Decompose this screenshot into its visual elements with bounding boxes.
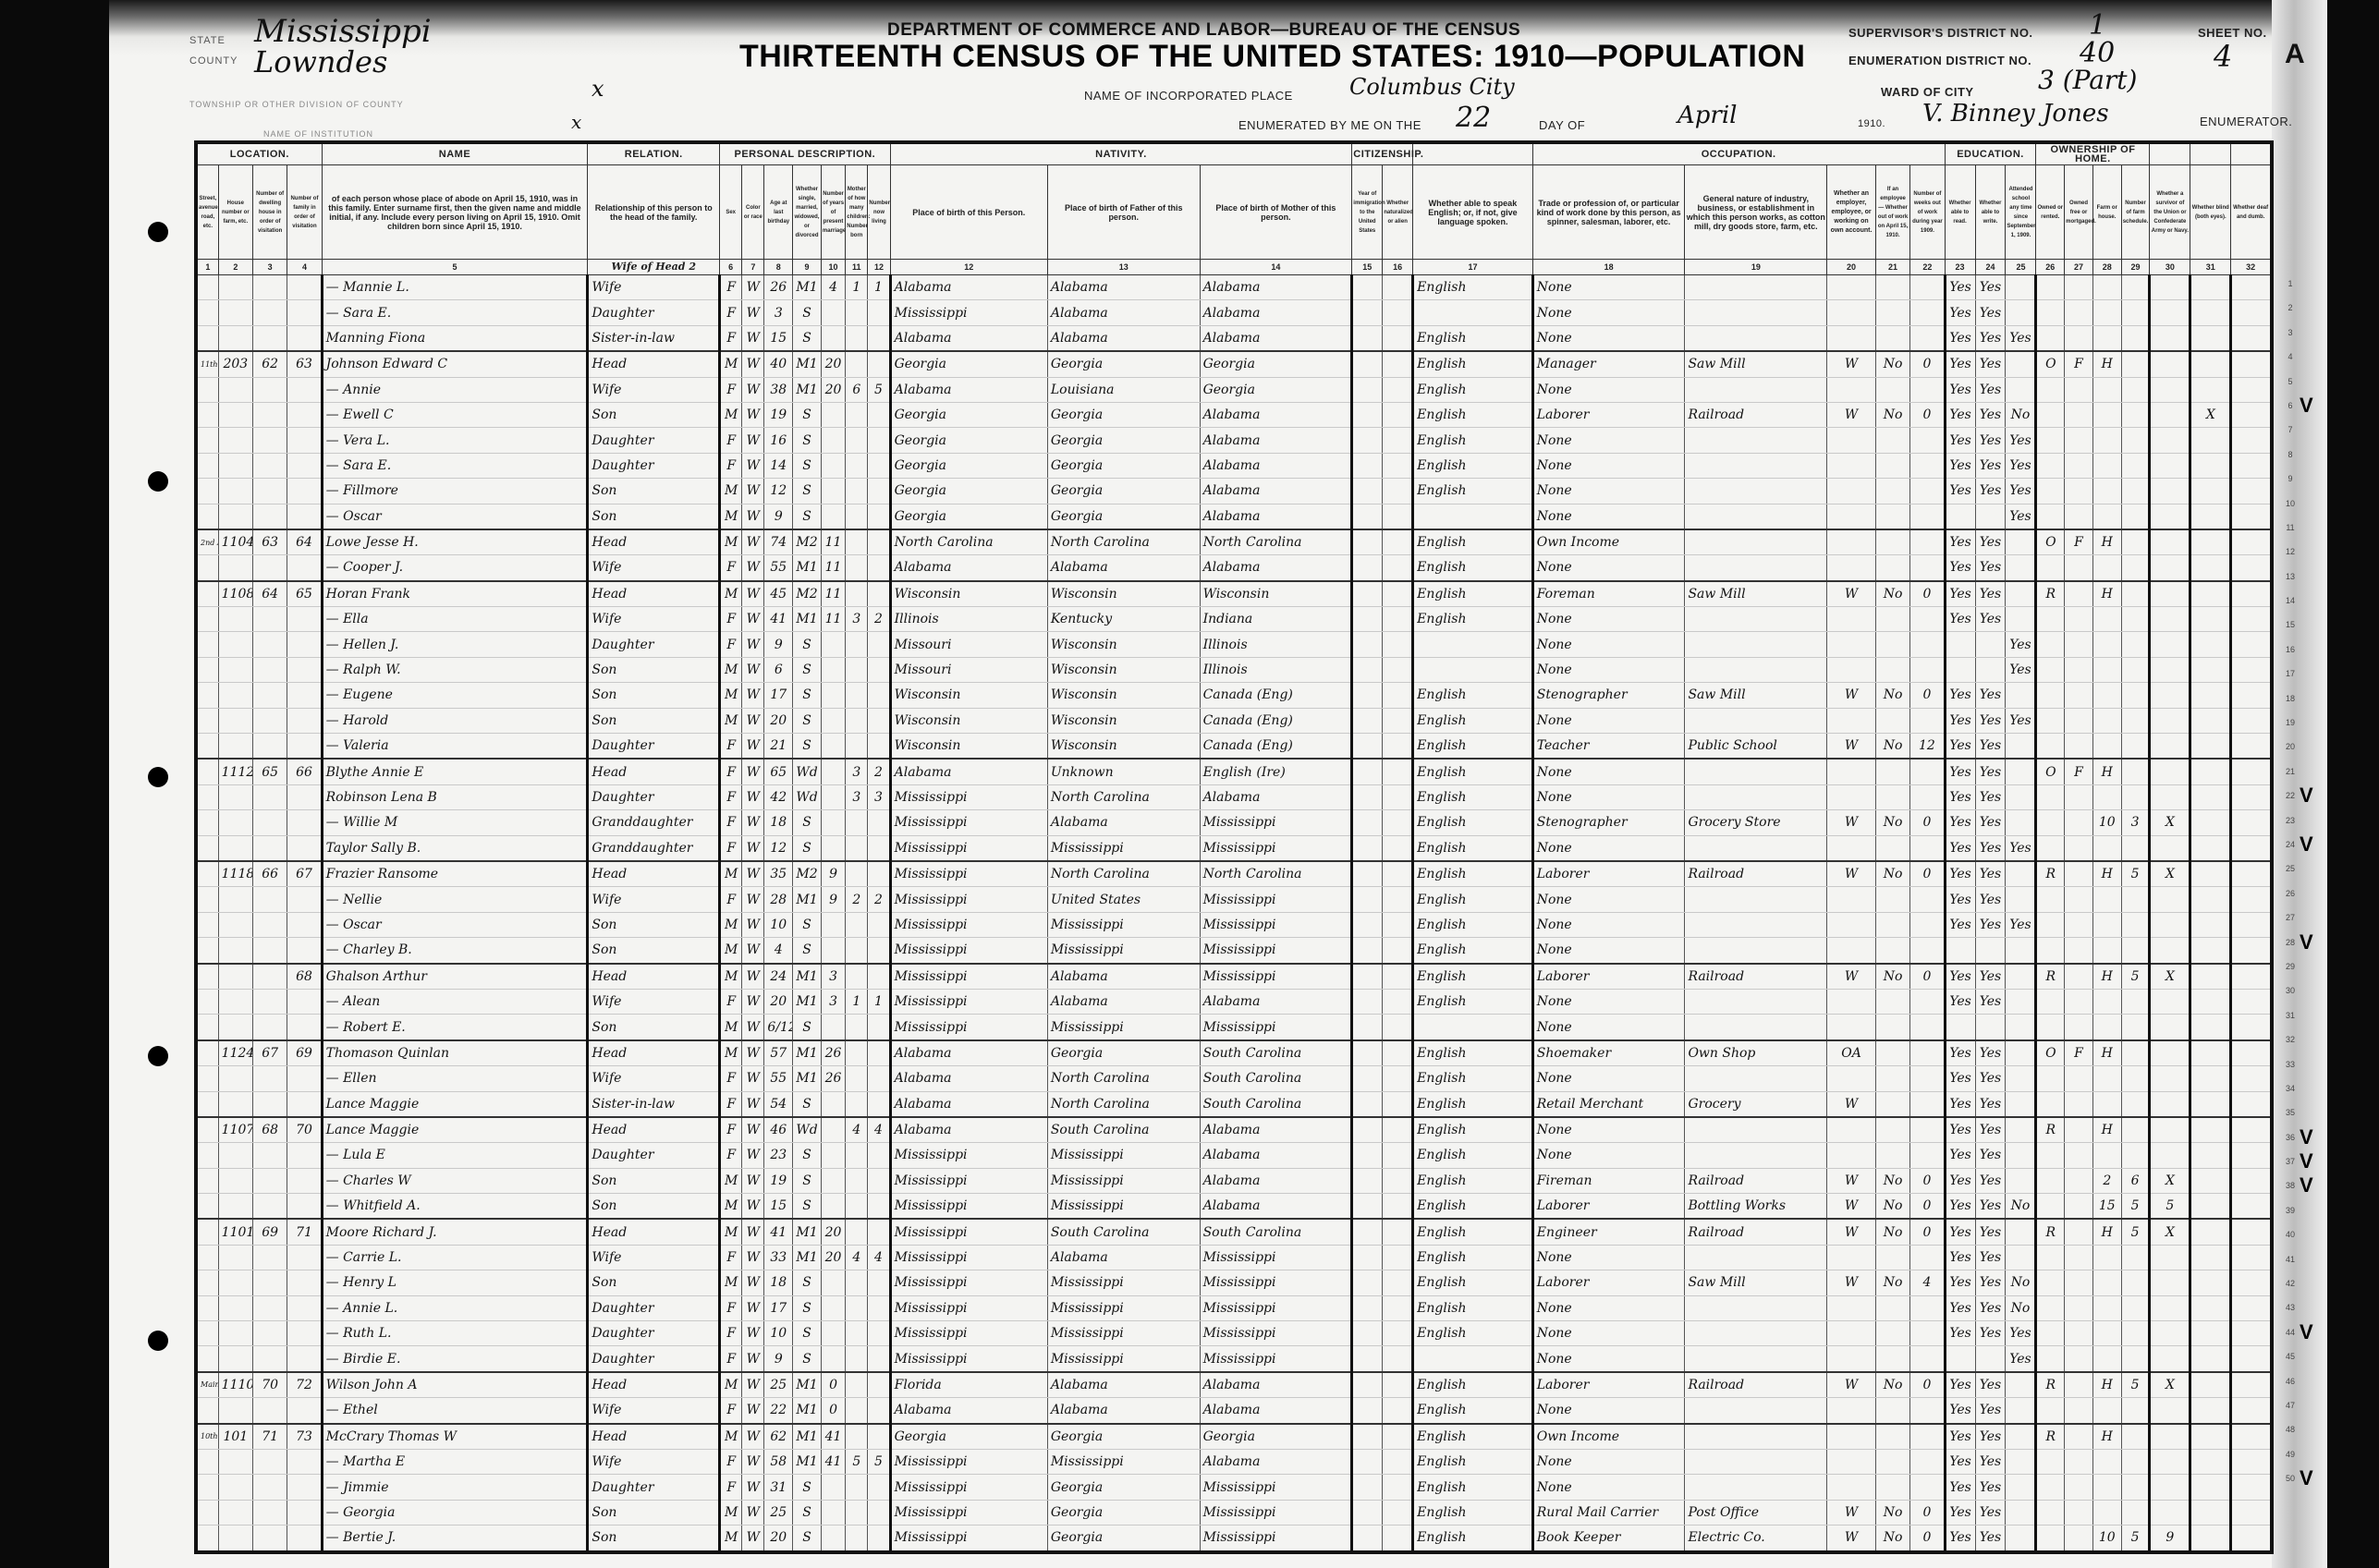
cell-years: [821, 1270, 845, 1295]
cell-write: Yes: [1975, 275, 2006, 300]
cell-pob: Mississippi: [890, 1295, 1047, 1320]
cell-occupation: None: [1532, 300, 1685, 325]
cell-pob-father: Alabama: [1047, 325, 1200, 351]
cell-imm: [1352, 1295, 1383, 1320]
cell-race: W: [742, 810, 764, 835]
cell-blind: [2190, 1372, 2231, 1398]
cell-nat: [1383, 351, 1413, 377]
check-mark: [2300, 711, 2318, 735]
cell-write: Yes: [1975, 759, 2006, 784]
cell-years: 11: [821, 581, 845, 607]
cell-born: 1: [846, 275, 868, 300]
cell-fh: [2092, 1091, 2121, 1117]
cell-born: 2: [846, 887, 868, 912]
cell-english: English: [1413, 887, 1533, 912]
table-row: Manning FionaSister-in-lawFW15SAlabamaAl…: [196, 325, 2272, 351]
cell-emp: W: [1827, 734, 1876, 760]
cell-mort: [2065, 1245, 2093, 1270]
cell-imm: [1352, 835, 1383, 861]
cell-imm: [1352, 1194, 1383, 1220]
cell-mort: [2065, 453, 2093, 478]
cell-weeks: [1910, 1398, 1945, 1424]
cell-marital: M1: [793, 964, 822, 990]
cell-industry: Public School: [1685, 734, 1827, 760]
cell-vet: [2150, 1117, 2190, 1143]
cell-write: Yes: [1975, 1194, 2006, 1220]
line-number: 11: [2281, 516, 2300, 540]
cell-age: 10: [764, 912, 793, 937]
cell-read: Yes: [1945, 351, 1975, 377]
cell-pob-father: Georgia: [1047, 402, 1200, 427]
cell-born: [846, 810, 868, 835]
cell-out: No: [1875, 734, 1909, 760]
cell-pob-father: Alabama: [1047, 275, 1200, 300]
group-personal-description: PERSONAL DESCRIPTION.: [720, 142, 891, 165]
cell-english: English: [1413, 607, 1533, 632]
cell-fh: [2092, 300, 2121, 325]
cell-read: Yes: [1945, 1270, 1975, 1295]
cell-street: [196, 1117, 218, 1143]
cell-out: No: [1875, 683, 1909, 708]
cell-emp: W: [1827, 861, 1876, 887]
cell-nat: [1383, 632, 1413, 657]
cell-deaf: [2231, 887, 2272, 912]
cell-emp: [1827, 759, 1876, 784]
cell-write: Yes: [1975, 1449, 2006, 1474]
cell-race: W: [742, 632, 764, 657]
cell-mort: [2065, 1168, 2093, 1193]
cell-years: [821, 1525, 845, 1552]
cell-school: [2006, 581, 2036, 607]
cell-pob: Missouri: [890, 657, 1047, 682]
group-relation: RELATION.: [588, 142, 720, 165]
enumerated-label: ENUMERATED BY ME ON THE: [1238, 118, 1421, 132]
cell-write: [1975, 1015, 2006, 1040]
cell-weeks: [1910, 1449, 1945, 1474]
cell-dwelling: [252, 1066, 287, 1091]
cell-occupation: Retail Merchant: [1532, 1091, 1685, 1117]
cell-pob-father: Alabama: [1047, 555, 1200, 581]
cell-marital: S: [793, 1500, 822, 1525]
cell-read: Yes: [1945, 607, 1975, 632]
cell-out: [1875, 1346, 1909, 1372]
cell-pob-father: South Carolina: [1047, 1219, 1200, 1245]
cell-weeks: 0: [1910, 1194, 1945, 1220]
cell-pob-father: Georgia: [1047, 504, 1200, 529]
cell-years: [821, 1143, 845, 1168]
col-number: 3: [252, 260, 287, 275]
cell-living: [868, 428, 890, 453]
cell-age: 20: [764, 1525, 793, 1552]
cell-sex: M: [720, 683, 742, 708]
cell-family: [287, 428, 322, 453]
cell-born: [846, 300, 868, 325]
cell-name: — Valeria: [322, 734, 588, 760]
cell-pob: Mississippi: [890, 1245, 1047, 1270]
cell-pob-mother: Mississippi: [1200, 1475, 1352, 1500]
cell-fh: [2092, 1245, 2121, 1270]
cell-write: Yes: [1975, 1219, 2006, 1245]
cell-house: [218, 810, 252, 835]
cell-house: [218, 1500, 252, 1525]
cell-read: Yes: [1945, 861, 1975, 887]
col-pob-father: Place of birth of Father of this person.: [1047, 165, 1200, 260]
cell-relation: Sister-in-law: [588, 325, 720, 351]
table-row: — AleanWifeFW20M1311MississippiAlabamaAl…: [196, 989, 2272, 1014]
cell-pob-mother: Canada (Eng): [1200, 734, 1352, 760]
cell-weeks: [1910, 1040, 1945, 1066]
cell-imm: [1352, 1168, 1383, 1193]
cell-name: — Sara E.: [322, 300, 588, 325]
check-mark: [2300, 296, 2318, 320]
county-label: COUNTY: [189, 55, 238, 67]
cell-out: [1875, 1091, 1909, 1117]
cell-fh: [2092, 1143, 2121, 1168]
cell-years: [821, 1117, 845, 1143]
cell-pob-father: North Carolina: [1047, 529, 1200, 555]
cell-industry: [1685, 1143, 1827, 1168]
table-row: — EllaWifeFW41M11132IllinoisKentuckyIndi…: [196, 607, 2272, 632]
cell-dwelling: 66: [252, 861, 287, 887]
cell-dwelling: [252, 300, 287, 325]
cell-fh: H: [2092, 1219, 2121, 1245]
cell-english: English: [1413, 1117, 1533, 1143]
check-mark: [2300, 638, 2318, 662]
cell-mort: [2065, 938, 2093, 964]
line-number: 22: [2281, 784, 2300, 808]
group-location: LOCATION.: [196, 142, 322, 165]
cell-deaf: [2231, 607, 2272, 632]
cell-pob-mother: Mississippi: [1200, 1015, 1352, 1040]
cell-nat: [1383, 581, 1413, 607]
cell-dwelling: [252, 784, 287, 809]
check-mark: V: [2300, 930, 2318, 954]
table-row: — Charles WSonMW19SMississippiMississipp…: [196, 1168, 2272, 1193]
cell-age: 4: [764, 938, 793, 964]
cell-pob-mother: Indiana: [1200, 607, 1352, 632]
cell-own: [2036, 632, 2065, 657]
cell-pob-mother: Mississippi: [1200, 1500, 1352, 1525]
cell-blind: [2190, 1475, 2231, 1500]
cell-age: 9: [764, 632, 793, 657]
cell-own: [2036, 555, 2065, 581]
cell-mort: [2065, 1091, 2093, 1117]
cell-street: [196, 989, 218, 1014]
cell-family: [287, 1321, 322, 1346]
col-number: 23: [1945, 260, 1975, 275]
cell-deaf: [2231, 1168, 2272, 1193]
cell-weeks: [1910, 300, 1945, 325]
cell-living: [868, 504, 890, 529]
check-mark: [2300, 857, 2318, 881]
cell-nat: [1383, 861, 1413, 887]
cell-sex: F: [720, 1117, 742, 1143]
col-family: Number of family in order of visitation: [287, 165, 322, 260]
cell-farm: [2121, 784, 2150, 809]
line-number: 16: [2281, 638, 2300, 662]
col-number: 20: [1827, 260, 1876, 275]
cell-blind: [2190, 861, 2231, 887]
cell-name: — Charles W: [322, 1168, 588, 1193]
cell-deaf: [2231, 1475, 2272, 1500]
cell-own: [2036, 989, 2065, 1014]
cell-read: Yes: [1945, 479, 1975, 504]
cell-emp: [1827, 1295, 1876, 1320]
line-number: 50: [2281, 1466, 2300, 1490]
cell-living: [868, 861, 890, 887]
cell-living: [868, 1475, 890, 1500]
year-label: 1910.: [1858, 118, 1885, 129]
cell-farm: [2121, 1346, 2150, 1372]
cell-fh: [2092, 402, 2121, 427]
cell-nat: [1383, 784, 1413, 809]
cell-dwelling: [252, 1500, 287, 1525]
cell-relation: Sister-in-law: [588, 1091, 720, 1117]
cell-family: 66: [287, 759, 322, 784]
cell-english: English: [1413, 1321, 1533, 1346]
cell-dwelling: 70: [252, 1372, 287, 1398]
check-mark: [2300, 978, 2318, 1003]
cell-english: [1413, 504, 1533, 529]
cell-school: Yes: [2006, 428, 2036, 453]
cell-relation: Daughter: [588, 632, 720, 657]
cell-family: [287, 504, 322, 529]
cell-house: 1104: [218, 529, 252, 555]
cell-relation: Son: [588, 402, 720, 427]
cell-race: W: [742, 1295, 764, 1320]
cell-imm: [1352, 1245, 1383, 1270]
cell-pob-mother: Alabama: [1200, 275, 1352, 300]
cell-born: [846, 581, 868, 607]
census-table: LOCATION. NAME RELATION. PERSONAL DESCRI…: [194, 140, 2274, 1554]
cell-family: 69: [287, 1040, 322, 1066]
cell-nat: [1383, 479, 1413, 504]
cell-dwelling: [252, 1091, 287, 1117]
cell-years: [821, 1500, 845, 1525]
col-number: 17: [1413, 260, 1533, 275]
cell-family: [287, 1143, 322, 1168]
cell-pob: Mississippi: [890, 810, 1047, 835]
cell-fh: [2092, 479, 2121, 504]
cell-occupation: Own Income: [1532, 1424, 1685, 1450]
cell-out: No: [1875, 1372, 1909, 1398]
cell-imm: [1352, 1219, 1383, 1245]
township-label: TOWNSHIP OR OTHER DIVISION OF COUNTY: [189, 100, 404, 109]
cell-marital: M1: [793, 351, 822, 377]
cell-house: 1112: [218, 759, 252, 784]
cell-sex: M: [720, 938, 742, 964]
table-row: — Carrie L.WifeFW33M12044MississippiAlab…: [196, 1245, 2272, 1270]
table-row: — Lula EDaughterFW23SMississippiMississi…: [196, 1143, 2272, 1168]
cell-race: W: [742, 1372, 764, 1398]
cell-occupation: None: [1532, 784, 1685, 809]
cell-marital: S: [793, 734, 822, 760]
cell-out: [1875, 529, 1909, 555]
cell-house: [218, 1346, 252, 1372]
cell-pob-father: Alabama: [1047, 1398, 1200, 1424]
col-number: 10: [821, 260, 845, 275]
col-farm-house: Farm or house.: [2092, 165, 2121, 260]
cell-pob-father: Wisconsin: [1047, 581, 1200, 607]
cell-imm: [1352, 300, 1383, 325]
cell-weeks: [1910, 887, 1945, 912]
cell-living: [868, 555, 890, 581]
cell-read: Yes: [1945, 810, 1975, 835]
cell-english: English: [1413, 912, 1533, 937]
cell-years: [821, 835, 845, 861]
cell-emp: W: [1827, 1194, 1876, 1220]
line-number: 20: [2281, 735, 2300, 759]
cell-imm: [1352, 810, 1383, 835]
cell-write: Yes: [1975, 351, 2006, 377]
cell-school: No: [2006, 402, 2036, 427]
cell-relation: Wife: [588, 607, 720, 632]
cell-mort: [2065, 1015, 2093, 1040]
cell-occupation: None: [1532, 1346, 1685, 1372]
cell-read: Yes: [1945, 708, 1975, 733]
group-veteran: [2150, 142, 2190, 165]
cell-born: [846, 1015, 868, 1040]
cell-nat: [1383, 300, 1413, 325]
cell-sex: M: [720, 1500, 742, 1525]
cell-own: [2036, 1168, 2065, 1193]
table-row: — NellieWifeFW28M1922MississippiUnited S…: [196, 887, 2272, 912]
cell-family: [287, 1015, 322, 1040]
cell-marital: S: [793, 504, 822, 529]
cell-occupation: None: [1532, 325, 1685, 351]
cell-nat: [1383, 734, 1413, 760]
cell-name: — Ella: [322, 607, 588, 632]
cell-pob-mother: South Carolina: [1200, 1066, 1352, 1091]
cell-race: W: [742, 581, 764, 607]
cell-age: 28: [764, 887, 793, 912]
cell-fh: [2092, 1015, 2121, 1040]
cell-write: Yes: [1975, 1040, 2006, 1066]
table-row: — OscarSonMW9SGeorgiaGeorgiaAlabamaNoneY…: [196, 504, 2272, 529]
cell-pob-mother: South Carolina: [1200, 1040, 1352, 1066]
cell-dwelling: [252, 1398, 287, 1424]
cell-deaf: [2231, 1295, 2272, 1320]
cell-marital: S: [793, 632, 822, 657]
cell-pob-father: Mississippi: [1047, 1194, 1200, 1220]
cell-read: Yes: [1945, 529, 1975, 555]
cell-english: English: [1413, 835, 1533, 861]
cell-industry: Own Shop: [1685, 1040, 1827, 1066]
cell-relation: Daughter: [588, 300, 720, 325]
cell-weeks: [1910, 759, 1945, 784]
cell-fh: [2092, 377, 2121, 402]
cell-fh: H: [2092, 759, 2121, 784]
cell-vet: [2150, 581, 2190, 607]
cell-name: — Georgia: [322, 1500, 588, 1525]
cell-marital: M1: [793, 887, 822, 912]
cell-industry: [1685, 529, 1827, 555]
cell-read: [1945, 657, 1975, 682]
cell-industry: [1685, 1475, 1827, 1500]
cell-own: [2036, 1398, 2065, 1424]
cell-family: [287, 1270, 322, 1295]
cell-fh: [2092, 607, 2121, 632]
cell-out: [1875, 1449, 1909, 1474]
check-mark: [2300, 1052, 2318, 1076]
cell-blind: [2190, 989, 2231, 1014]
cell-industry: Saw Mill: [1685, 683, 1827, 708]
cell-weeks: 4: [1910, 1270, 1945, 1295]
cell-pob: Alabama: [890, 555, 1047, 581]
cell-blind: [2190, 300, 2231, 325]
cell-emp: [1827, 835, 1876, 861]
cell-imm: [1352, 938, 1383, 964]
cell-farm: [2121, 1091, 2150, 1117]
cell-family: [287, 683, 322, 708]
cell-sex: F: [720, 1398, 742, 1424]
cell-english: English: [1413, 453, 1533, 478]
cell-race: W: [742, 1475, 764, 1500]
cell-marital: M2: [793, 861, 822, 887]
cell-read: Yes: [1945, 1398, 1975, 1424]
cell-own: R: [2036, 964, 2065, 990]
cell-imm: [1352, 784, 1383, 809]
cell-mort: [2065, 1143, 2093, 1168]
cell-relation: Wife: [588, 989, 720, 1014]
col-number: 32: [2231, 260, 2272, 275]
cell-deaf: [2231, 1398, 2272, 1424]
cell-marital: M1: [793, 989, 822, 1014]
cell-mort: [2065, 428, 2093, 453]
cell-vet: [2150, 887, 2190, 912]
cell-weeks: [1910, 1143, 1945, 1168]
cell-weeks: [1910, 479, 1945, 504]
cell-born: 5: [846, 1449, 868, 1474]
cell-race: W: [742, 428, 764, 453]
col-race: Color or race: [742, 165, 764, 260]
cell-imm: [1352, 1091, 1383, 1117]
cell-age: 21: [764, 734, 793, 760]
cell-pob-father: Georgia: [1047, 1500, 1200, 1525]
cell-pob: Mississippi: [890, 1270, 1047, 1295]
cell-living: 1: [868, 989, 890, 1014]
cell-age: 25: [764, 1500, 793, 1525]
cell-mort: [2065, 912, 2093, 937]
cell-school: Yes: [2006, 1346, 2036, 1372]
table-row: — ValeriaDaughterFW21SWisconsinWisconsin…: [196, 734, 2272, 760]
cell-deaf: [2231, 453, 2272, 478]
cell-street: [196, 1066, 218, 1091]
cell-sex: F: [720, 810, 742, 835]
cell-vet: [2150, 1245, 2190, 1270]
cell-age: 17: [764, 683, 793, 708]
cell-out: [1875, 479, 1909, 504]
cell-age: 55: [764, 555, 793, 581]
cell-relation: Daughter: [588, 1475, 720, 1500]
cell-occupation: Own Income: [1532, 529, 1685, 555]
cell-imm: [1352, 683, 1383, 708]
cell-relation: Son: [588, 683, 720, 708]
cell-pob: Georgia: [890, 428, 1047, 453]
cell-industry: [1685, 607, 1827, 632]
cell-family: [287, 835, 322, 861]
col-marital: Whether single, married, widowed, or div…: [793, 165, 822, 260]
cell-dwelling: [252, 912, 287, 937]
table-row: — EugeneSonMW17SWisconsinWisconsinCanada…: [196, 683, 2272, 708]
cell-english: English: [1413, 479, 1533, 504]
cell-pob: Mississippi: [890, 1346, 1047, 1372]
cell-occupation: None: [1532, 887, 1685, 912]
line-number: 40: [2281, 1222, 2300, 1246]
cell-mort: [2065, 1398, 2093, 1424]
cell-age: 35: [764, 861, 793, 887]
cell-own: [2036, 428, 2065, 453]
